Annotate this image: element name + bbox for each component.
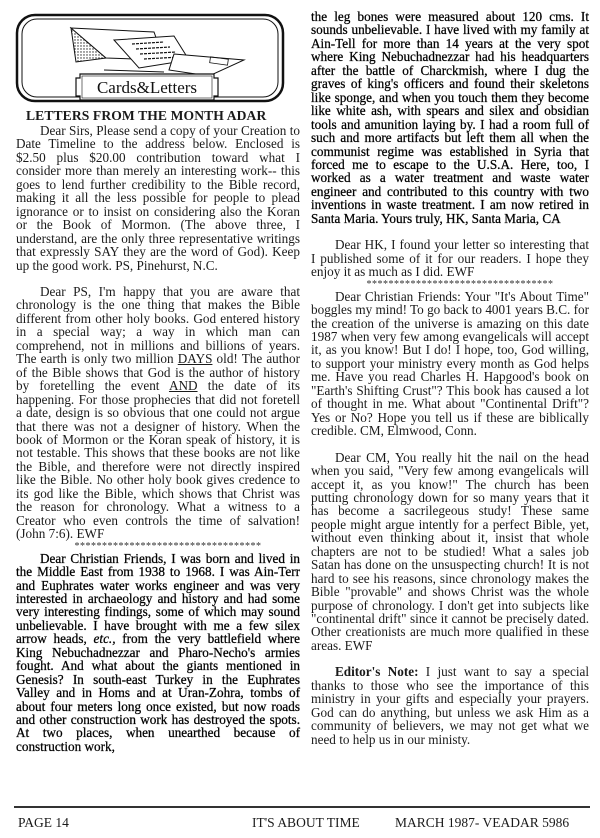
editors-note: Editor's Note: I just want to say a spec… xyxy=(311,665,589,746)
reply-hk: Dear HK, I found your letter so interest… xyxy=(311,238,589,278)
reply-cm: Dear CM, You really hit the nail on the … xyxy=(311,451,589,653)
issue-date: MARCH 1987- VEADAR 5986 xyxy=(395,815,569,831)
left-column: Dear Sirs, Please send a copy of your Cr… xyxy=(16,124,300,753)
cards-and-letters-logo: Cards&Letters xyxy=(14,12,286,104)
letter-cm: Dear Christian Friends: Your "It's About… xyxy=(311,290,589,438)
letter-hk-part2: the leg bones were measured about 120 cm… xyxy=(311,10,589,225)
logo-text: Cards&Letters xyxy=(97,78,197,97)
right-column: the leg bones were measured about 120 cm… xyxy=(311,10,589,746)
publication-title: IT'S ABOUT TIME xyxy=(252,815,360,831)
reply-ps: Dear PS, I'm happy that you are aware th… xyxy=(16,285,300,541)
letter-hk-part1: Dear Christian Friends, I was born and l… xyxy=(16,552,300,754)
page-number: PAGE 14 xyxy=(18,815,69,831)
footer-divider xyxy=(14,806,590,808)
section-title: LETTERS FROM THE MONTH ADAR xyxy=(26,108,296,124)
postcard-icon xyxy=(169,54,244,76)
letter-ps: Dear Sirs, Please send a copy of your Cr… xyxy=(16,124,300,272)
